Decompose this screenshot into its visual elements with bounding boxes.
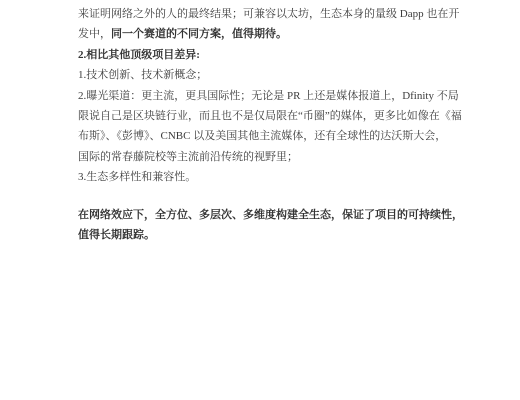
- section-heading: 2.相比其他顶级项目差异:: [78, 45, 446, 65]
- document-page: 来证明网络之外的人的最终结果；可兼容以太坊，生态本身的量级 Dapp 也在开 发…: [0, 0, 520, 400]
- intro-regular-text: 发中，: [78, 28, 111, 40]
- intro-bold-text: 同一个赛道的不同方案，值得期待。: [111, 28, 287, 40]
- text-line-item-2a: 2.曝光渠道：更主流，更具国际性；无论是 PR 上还是媒体报道上，Dfinity…: [78, 86, 446, 106]
- text-line-item-2d: 国际的常春藤院校等主流前沿传统的视野里；: [78, 147, 446, 167]
- text-line-item-2b: 限说自己是区块链行业，而且也不是仅局限在“币圈”的媒体，更多比如像在《福: [78, 106, 446, 126]
- text-line-item-1: 1.技术创新、技术新概念；: [78, 65, 446, 85]
- text-line-intro-1: 来证明网络之外的人的最终结果；可兼容以太坊，生态本身的量级 Dapp 也在开: [78, 4, 446, 24]
- text-line-item-3: 3.生态多样性和兼容性。: [78, 167, 446, 187]
- text-line-item-2c: 布斯》、《彭博》、CNBC 以及美国其他主流媒体，还有全球性的达沃斯大会，: [78, 126, 446, 146]
- conclusion-line-1: 在网络效应下，全方位、多层次、多维度构建全生态，保证了项目的可持续性，: [78, 205, 446, 225]
- text-line-intro-2: 发中，同一个赛道的不同方案，值得期待。: [78, 24, 446, 44]
- document-body: 来证明网络之外的人的最终结果；可兼容以太坊，生态本身的量级 Dapp 也在开 发…: [78, 4, 446, 245]
- conclusion-line-2: 值得长期跟踪。: [78, 225, 446, 245]
